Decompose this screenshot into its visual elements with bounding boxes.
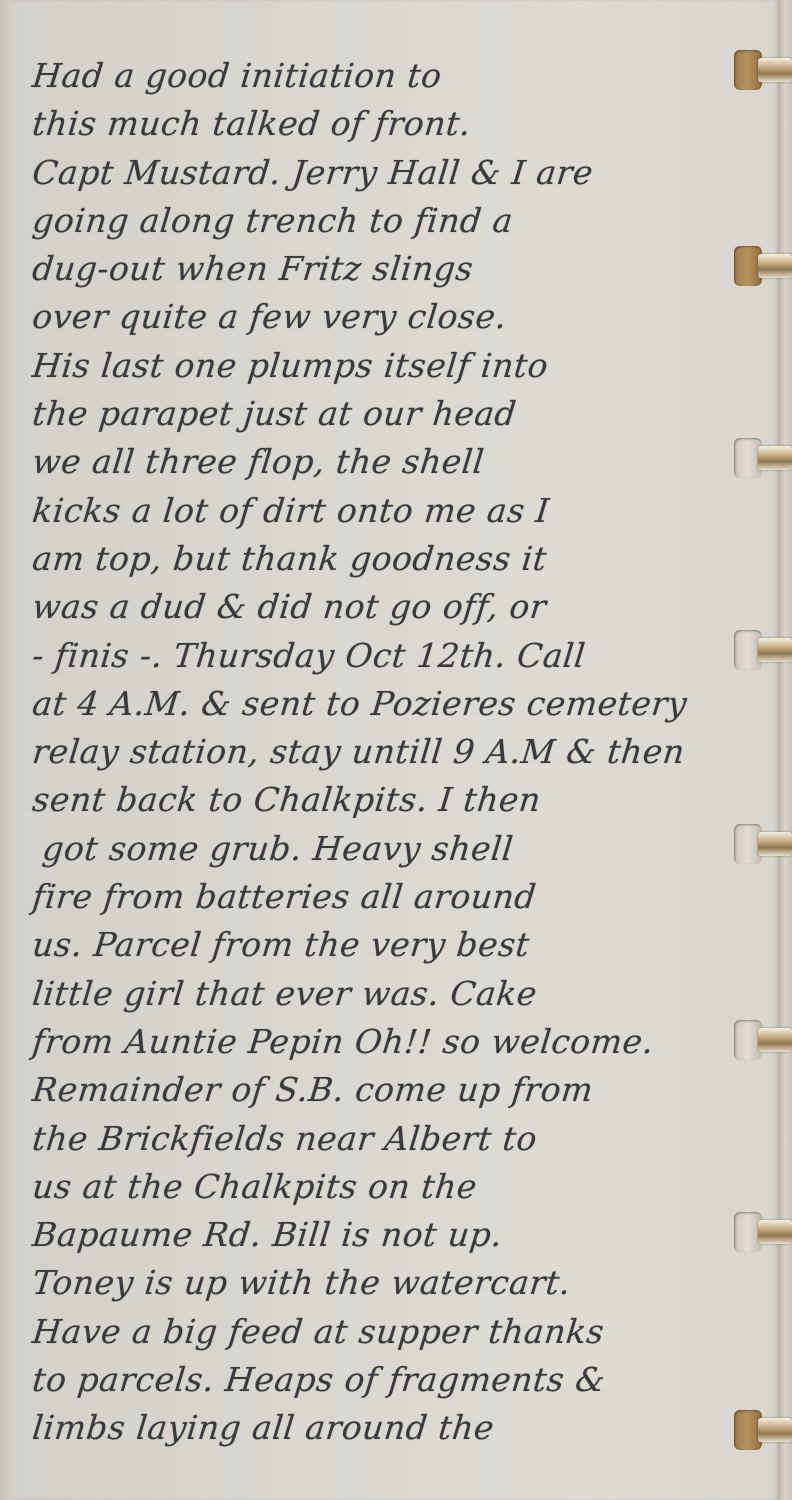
ring-binder-icon (734, 1212, 792, 1252)
text-line: from Auntie Pepin Oh!! so welcome. (30, 1018, 775, 1066)
text-line: kicks a lot of dirt onto me as I (30, 487, 775, 535)
text-line: - finis -. Thursday Oct 12th. Call (30, 632, 775, 680)
text-line: His last one plumps itself into (30, 342, 775, 390)
text-line: going along trench to find a (30, 197, 775, 245)
text-line: dug-out when Fritz slings (30, 245, 775, 293)
text-line: Bapaume Rd. Bill is not up. (30, 1211, 775, 1259)
text-line: was a dud & did not go off, or (30, 583, 775, 631)
page-left-edge (0, 0, 12, 1500)
ring-binder-icon (734, 1410, 792, 1450)
text-line: Have a big feed at supper thanks (30, 1308, 775, 1356)
text-line: sent back to Chalkpits. I then (30, 776, 775, 824)
text-line: Had a good initiation to (30, 52, 775, 100)
text-line: Remainder of S.B. come up from (30, 1066, 775, 1114)
notebook-page: Had a good initiation to this much talke… (0, 0, 778, 1500)
text-line: little girl that ever was. Cake (30, 970, 775, 1018)
ring-binder-icon (734, 50, 792, 90)
text-line: over quite a few very close. (30, 293, 775, 341)
text-line: the parapet just at our head (30, 390, 775, 438)
text-line: Toney is up with the watercart. (30, 1259, 775, 1307)
text-line: relay station, stay untill 9 A.M & then (30, 728, 775, 776)
text-line: am top, but thank goodness it (30, 535, 775, 583)
binder-spine (778, 0, 792, 1500)
ring-binder-icon (734, 630, 792, 670)
handwritten-text: Had a good initiation to this much talke… (30, 52, 770, 1453)
text-line: Capt Mustard. Jerry Hall & I are (30, 149, 775, 197)
text-line: to parcels. Heaps of fragments & (30, 1356, 775, 1404)
text-line: us. Parcel from the very best (30, 921, 775, 969)
text-line: the Brickfields near Albert to (30, 1115, 775, 1163)
text-line: fire from batteries all around (30, 873, 775, 921)
ring-binder-icon (734, 438, 792, 478)
text-line: got some grub. Heavy shell (30, 825, 775, 873)
text-line: we all three flop, the shell (30, 438, 775, 486)
text-line: us at the Chalkpits on the (30, 1163, 775, 1211)
ring-binder-icon (734, 824, 792, 864)
text-line: this much talked of front. (30, 100, 775, 148)
text-line: at 4 A.M. & sent to Pozieres cemetery (30, 680, 775, 728)
ring-binder-icon (734, 1020, 792, 1060)
ring-binder-icon (734, 246, 792, 286)
text-line: limbs laying all around the (30, 1404, 775, 1452)
